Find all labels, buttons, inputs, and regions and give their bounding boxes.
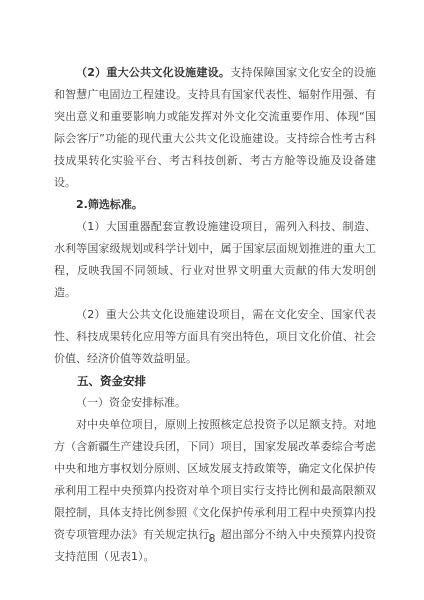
page-number: 8 — [0, 531, 424, 547]
paragraph-major-public-cultural-facilities: （2）重大公共文化设施建设。支持保障国家文化安全的设施和智慧广电固边工程建设。支… — [54, 62, 376, 194]
heading-screening-criteria: 2.筛选标准。 — [54, 194, 376, 216]
paragraph-screening-item-1: （1）大国重器配套宣教设施建设项目，需列入科技、制造、水利等国家级规划或科学计划… — [54, 216, 376, 304]
document-page: （2）重大公共文化设施建设。支持保障国家文化安全的设施和智慧广电固边工程建设。支… — [0, 0, 424, 600]
paragraph-lead-bold: （2）重大公共文化设施建设。 — [76, 66, 230, 79]
paragraph-body-text: 支持保障国家文化安全的设施和智慧广电固边工程建设。支持具有国家代表性、辐射作用强… — [54, 66, 376, 189]
heading-section-funding-arrangement: 五、资金安排 — [54, 370, 376, 392]
document-body: （2）重大公共文化设施建设。支持保障国家文化安全的设施和智慧广电固边工程建设。支… — [54, 62, 376, 568]
paragraph-screening-item-2: （2）重大公共文化设施建设项目，需在文化安全、国家代表性、科技成果转化应用等方面… — [54, 304, 376, 370]
subheading-funding-standard: （一）资金安排标准。 — [54, 392, 376, 414]
